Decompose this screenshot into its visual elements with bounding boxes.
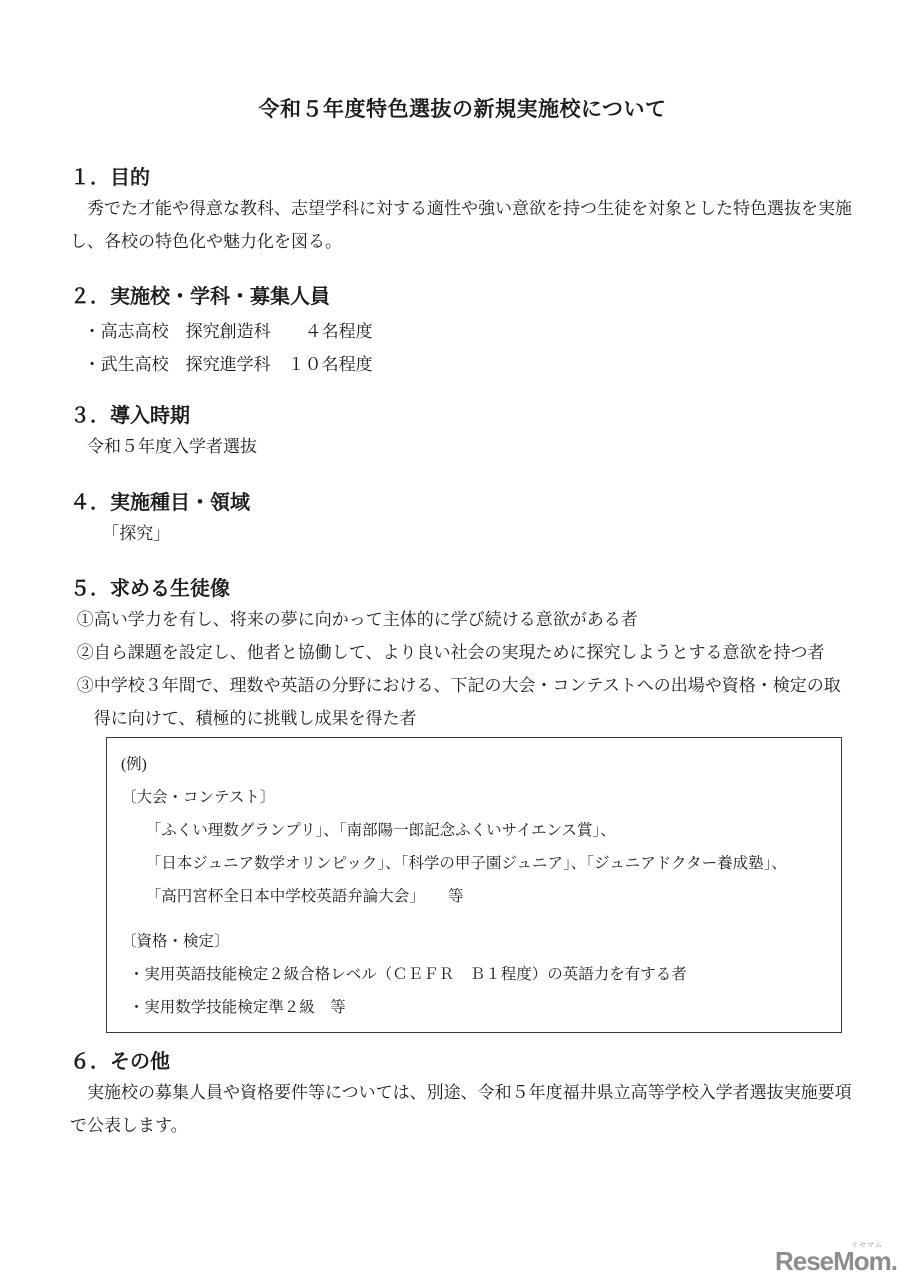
- qualification-line-1: ・実用英語技能検定２級合格レベル（ＣＥＦＲ Ｂ１程度）の英語力を有する者: [121, 958, 831, 991]
- school-item-takefu: ・武生高校 探究進学科 １０名程度: [70, 348, 855, 381]
- document-content: 令和５年度特色選抜の新規実施校について １．目的 秀でた才能や得意な教科、志望学…: [0, 0, 905, 1142]
- profile-item-2: ②自ら課題を設定し、他者と協働して、より良い社会の実現ために探究しようとする意欲…: [70, 636, 855, 669]
- example-box-label: (例): [121, 748, 831, 781]
- section-schools-heading: ２．実施校・学科・募集人員: [70, 283, 855, 311]
- qualification-line-2: ・実用数学技能検定準２級 等: [121, 991, 831, 1024]
- profile-item-1: ①高い学力を有し、将来の夢に向かって主体的に学び続ける意欲がある者: [70, 603, 855, 636]
- section-other-heading: ６．その他: [70, 1048, 855, 1076]
- section-purpose-heading: １．目的: [70, 164, 855, 192]
- section-other: ６．その他 実施校の募集人員や資格要件等については、別途、令和５年度福井県立高等…: [70, 1048, 855, 1142]
- contest-line-3: 「高円宮杯全日本中学校英語弁論大会」 等: [121, 880, 831, 913]
- qualification-heading: 〔資格・検定〕: [121, 925, 831, 958]
- section-purpose: １．目的 秀でた才能や得意な教科、志望学科に対する適性や強い意欲を持つ生徒を対象…: [70, 164, 855, 258]
- example-box: (例) 〔大会・コンテスト〕 「ふくい理数グランプリ」、「南部陽一郎記念ふくいサ…: [106, 737, 842, 1033]
- section-profile-heading: ５．求める生徒像: [70, 575, 855, 603]
- section-purpose-body: 秀でた才能や得意な教科、志望学科に対する適性や強い意欲を持つ生徒を対象とした特色…: [70, 192, 855, 258]
- section-category-heading: ４．実施種目・領域: [70, 489, 855, 517]
- section-timing: ３．導入時期 令和５年度入学者選抜: [70, 402, 855, 463]
- contest-heading: 〔大会・コンテスト〕: [121, 781, 831, 814]
- section-category: ４．実施種目・領域 「探究」: [70, 489, 855, 550]
- document-title: 令和５年度特色選抜の新規実施校について: [70, 94, 855, 126]
- section-timing-body: 令和５年度入学者選抜: [70, 430, 855, 463]
- resemom-logo-ruby: リセマム: [851, 1242, 883, 1249]
- contest-line-2: 「日本ジュニア数学オリンピック」、「科学の甲子園ジュニア」、「ジュニアドクター養…: [121, 847, 831, 880]
- resemom-logo-text: ReseMom.: [775, 1246, 897, 1276]
- document-page: 令和５年度特色選抜の新規実施校について １．目的 秀でた才能や得意な教科、志望学…: [0, 0, 905, 1280]
- contest-line-1: 「ふくい理数グランプリ」、「南部陽一郎記念ふくいサイエンス賞」、: [121, 814, 831, 847]
- section-timing-heading: ３．導入時期: [70, 402, 855, 430]
- school-item-koshi: ・高志高校 探究創造科 ４名程度: [70, 315, 855, 348]
- resemom-logo: リセマム ReseMom.: [775, 1248, 897, 1274]
- section-profile: ５．求める生徒像 ①高い学力を有し、将来の夢に向かって主体的に学び続ける意欲があ…: [70, 575, 855, 1033]
- section-category-body: 「探究」: [70, 517, 855, 550]
- section-schools: ２．実施校・学科・募集人員 ・高志高校 探究創造科 ４名程度 ・武生高校 探究進…: [70, 283, 855, 381]
- section-other-body: 実施校の募集人員や資格要件等については、別途、令和５年度福井県立高等学校入学者選…: [70, 1076, 855, 1142]
- profile-item-3: ③中学校３年間で、理数や英語の分野における、下記の大会・コンテストへの出場や資格…: [70, 669, 855, 735]
